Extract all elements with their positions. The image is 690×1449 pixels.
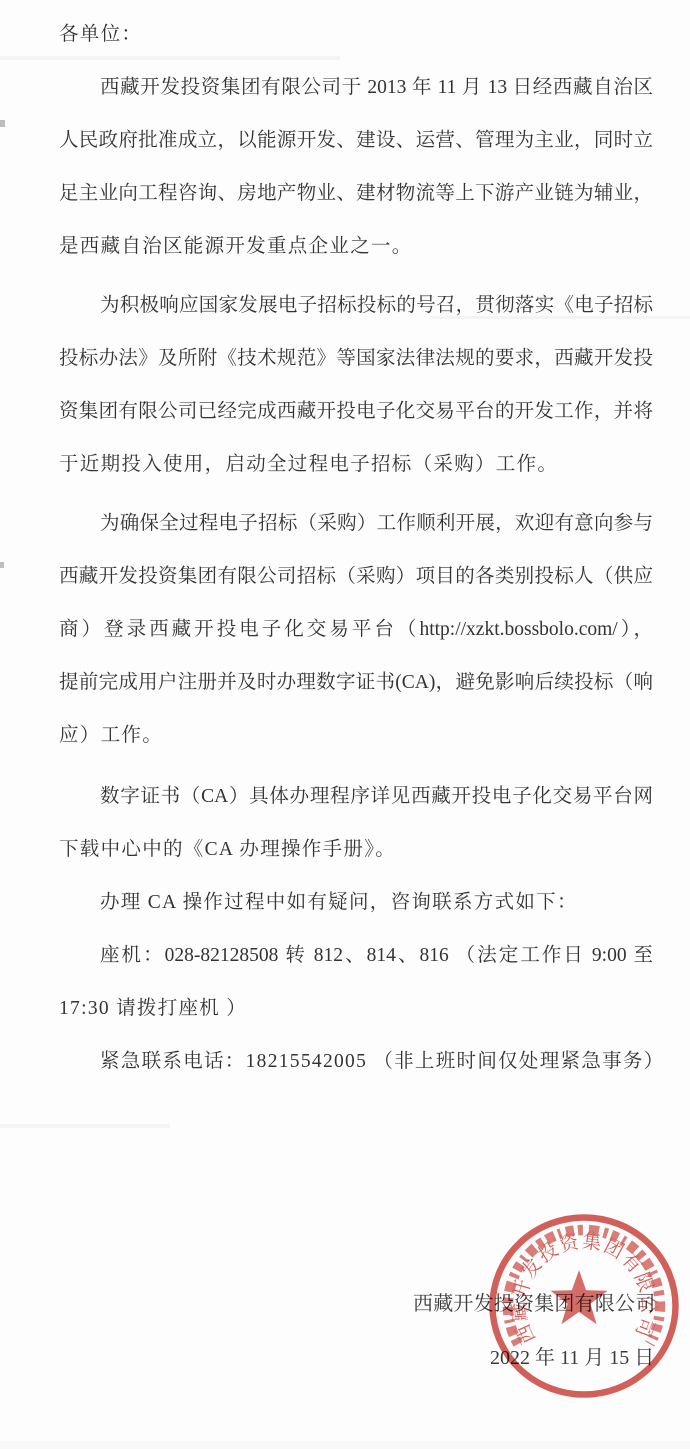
text-line: 西藏开发投资集团有限公司招标（采购）项目的各类别投标人（供应 [59, 550, 653, 603]
signature-company-name: 西藏开发投资集团有限公司 [413, 1293, 653, 1315]
seal-ring-text: 西藏开发投资集团有限公司 [507, 1229, 659, 1347]
salutation: 各单位： [59, 8, 653, 61]
text-line: 提前完成用户注册并及时办理数字证书(CA)，避免影响后续投标（响 [59, 656, 653, 709]
text-line: 下载中心中的《CA 办理操作手册》。 [59, 823, 653, 876]
text-line: 西藏开发投资集团有限公司于 2013 年 11 月 13 日经西藏自治区 [59, 61, 653, 114]
text-line-emergency-phone: 紧急联系电话：18215542005 （非上班时间仅处理紧急事务） [59, 1035, 653, 1088]
text-line: 17:30 请拨打座机 ） [59, 982, 653, 1035]
seal-tibetan-band [508, 1230, 660, 1344]
paragraph-company-intro: 西藏开发投资集团有限公司于 2013 年 11 月 13 日经西藏自治区 人民政… [59, 61, 653, 273]
signature-date: 2022 年 11 月 15 日 [490, 1347, 660, 1369]
text-line: 数字证书（CA）具体办理程序详见西藏开投电子化交易平台网站 [59, 770, 653, 823]
paragraph-registration-invite: 为确保全过程电子招标（采购）工作顺利开展，欢迎有意向参与 西藏开发投资集团有限公… [59, 497, 653, 762]
text-line: 足主业向工程咨询、房地产物业、建材物流等上下游产业链为辅业， [59, 167, 653, 220]
text-line-platform-url: 商）登录西藏开投电子化交易平台（http://xzkt.bossbolo.com… [59, 603, 653, 656]
scan-speck [0, 562, 4, 568]
scan-artifact [0, 1441, 690, 1449]
paragraph-emergency-phone: 紧急联系电话：18215542005 （非上班时间仅处理紧急事务） [59, 1035, 653, 1088]
scan-speck [0, 120, 5, 127]
paragraph-contact-intro: 办理 CA 操作过程中如有疑问，咨询联系方式如下： [59, 876, 653, 929]
text-line: 是西藏自治区能源开发重点企业之一。 [59, 220, 653, 273]
text-line: 应）工作。 [59, 709, 653, 762]
letter-body: 各单位： 西藏开发投资集团有限公司于 2013 年 11 月 13 日经西藏自治… [59, 8, 653, 1088]
text-line: 资集团有限公司已经完成西藏开投电子化交易平台的开发工作，并将 [59, 385, 653, 438]
text-line-phone: 座机：028-82128508 转 812、814、816 （法定工作日 9:0… [59, 929, 653, 982]
text-line: 为积极响应国家发展电子招标投标的号召，贯彻落实《电子招标 [59, 279, 653, 332]
text-line: 人民政府批准成立，以能源开发、建设、运营、管理为主业，同时立 [59, 114, 653, 167]
text-line: 于近期投入使用，启动全过程电子招标（采购）工作。 [59, 438, 653, 491]
paragraph-landline: 座机：028-82128508 转 812、814、816 （法定工作日 9:0… [59, 929, 653, 1035]
paragraph-platform-development: 为积极响应国家发展电子招标投标的号召，贯彻落实《电子招标 投标办法》及所附《技术… [59, 279, 653, 491]
paragraph-ca-manual: 数字证书（CA）具体办理程序详见西藏开投电子化交易平台网站 下载中心中的《CA … [59, 770, 653, 876]
text-line: 办理 CA 操作过程中如有疑问，咨询联系方式如下： [59, 876, 653, 929]
scanned-document-page: 各单位： 西藏开发投资集团有限公司于 2013 年 11 月 13 日经西藏自治… [0, 0, 690, 1449]
text-line: 投标办法》及所附《技术规范》等国家法律法规的要求，西藏开发投 [59, 332, 653, 385]
text-line: 为确保全过程电子招标（采购）工作顺利开展，欢迎有意向参与 [59, 497, 653, 550]
scan-artifact [0, 1124, 170, 1128]
